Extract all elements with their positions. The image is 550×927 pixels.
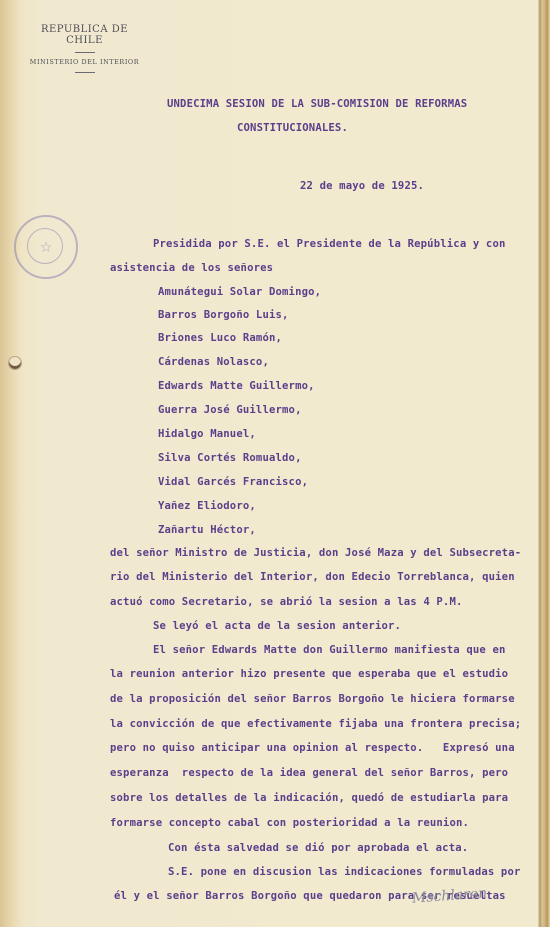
attendee: Hidalgo Manuel, [158,428,256,440]
body-line: Con ésta salvedad se dió por aprobada el… [168,842,468,854]
attendee: Barros Borgoño Luis, [158,309,289,321]
attendee: Guerra José Guillermo, [158,404,302,416]
body-line: sobre los detalles de la indicación, que… [110,792,508,804]
intro-line: Presidida por S.E. el Presidente de la R… [153,238,506,250]
intro-line: asistencia de los señores [110,262,273,274]
letterhead-title: REPUBLICA DE CHILE [22,24,147,46]
body-line: actuó como Secretario, se abrió la sesio… [110,596,463,608]
seal-inner-ring: ☆ [27,228,63,264]
letterhead-subtitle: MINISTERIO DEL INTERIOR [22,58,147,66]
attendee: Edwards Matte Guillermo, [158,380,315,392]
document-heading-line2: CONSTITUCIONALES. [237,122,348,134]
handwritten-signature: Mschlaren [412,885,488,906]
attendee: Vidal Garcés Francisco, [158,476,308,488]
attendee: Amunátegui Solar Domingo, [158,286,321,298]
attendee: Silva Cortés Romualdo, [158,452,302,464]
star-icon: ☆ [28,234,64,256]
attendee: Cárdenas Nolasco, [158,356,269,368]
body-line: Se leyó el acta de la sesion anterior. [153,620,401,632]
body-line: de la proposición del señor Barros Borgo… [110,693,515,705]
body-line: pero no quiso anticipar una opinion al r… [110,742,515,754]
body-line: del señor Ministro de Justicia, don José… [110,547,521,559]
attendee: Yañez Eliodoro, [158,500,256,512]
divider [75,72,95,73]
page-edge [538,0,550,927]
attendee: Zañartu Héctor, [158,524,256,536]
body-line: S.E. pone en discusion las indicaciones … [168,866,521,878]
document-heading-line1: UNDECIMA SESION DE LA SUB-COMISION DE RE… [167,98,467,110]
body-line: esperanza respecto de la idea general de… [110,767,508,779]
official-seal-icon: ☆ [14,215,78,279]
document-date: 22 de mayo de 1925. [300,180,424,192]
body-line: la reunion anterior hizo presente que es… [110,668,508,680]
body-line: rio del Ministerio del Interior, don Ede… [110,571,515,583]
punch-hole [8,356,22,370]
divider [75,52,95,53]
attendee: Briones Luco Ramón, [158,332,282,344]
body-line: la convicción de que efectivamente fijab… [110,718,521,730]
body-line: El señor Edwards Matte don Guillermo man… [153,644,506,656]
letterhead: REPUBLICA DE CHILE MINISTERIO DEL INTERI… [22,24,147,78]
body-line: formarse concepto cabal con posteriorida… [110,817,469,829]
